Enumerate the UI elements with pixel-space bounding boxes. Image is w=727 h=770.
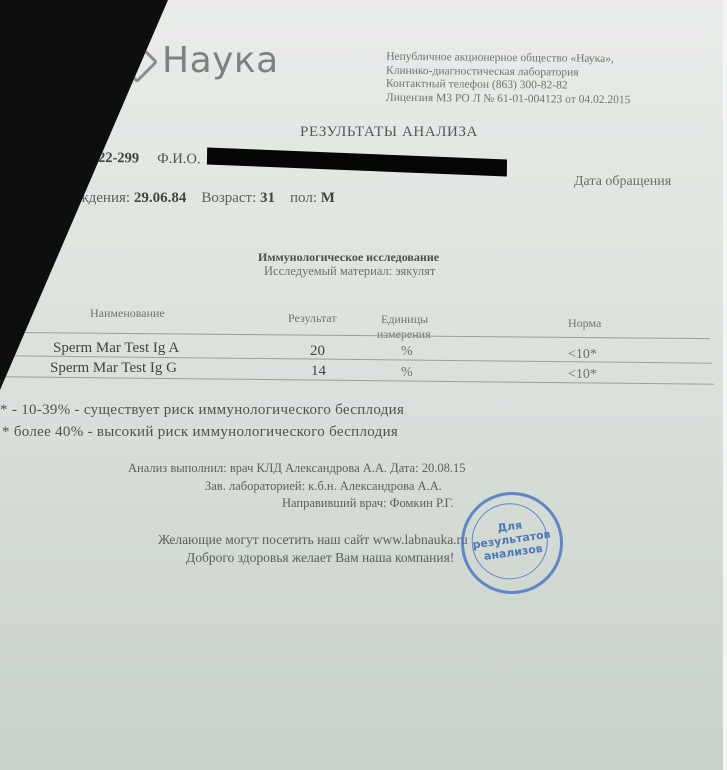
cell-name: Sperm Mar Test Ig A — [53, 340, 179, 357]
cell-norm: <10* — [568, 367, 597, 383]
referring-doctor: Направивший врач: Фомкин Р.Г. — [282, 496, 453, 511]
logo-text: Наука — [162, 40, 279, 81]
header-result: Результат — [288, 311, 337, 326]
visit-date: 20.08.15 — [34, 167, 83, 183]
header-name: Наименование — [90, 306, 165, 321]
performed-by: Анализ выполнил: врач КЛД Александрова А… — [128, 461, 465, 476]
organization-info: Непубличное акционерное общество «Наука»… — [386, 51, 631, 108]
header-units-1: Единицы — [381, 312, 428, 327]
age-value: 31 — [260, 190, 275, 206]
lab-head: Зав. лабораторией: к.б.н. Александрова А… — [205, 479, 442, 494]
fio-label: Ф.И.О. — [157, 151, 201, 168]
sex-label: пол: — [290, 190, 317, 206]
footnote-high-risk: * более 40% - высокий риск иммунологичес… — [2, 424, 398, 441]
cell-name: Sperm Mar Test Ig G — [50, 360, 177, 377]
birth-label: Дата рождения: — [30, 190, 130, 206]
company-logo: Наука — [118, 40, 279, 81]
website-note: Желающие могут посетить наш сайт www.lab… — [158, 532, 468, 548]
age-label: Возраст: — [201, 190, 256, 206]
table-divider — [0, 376, 714, 384]
visit-date-label: Дата обращения — [574, 174, 671, 190]
cell-units: % — [401, 365, 413, 381]
study-material: Исследуемый материал: эякулят — [264, 264, 435, 279]
org-line: Лицензия МЗ РО Л № 61-01-004123 от 04.02… — [386, 91, 631, 107]
birth-value: 29.06.84 — [134, 190, 187, 206]
lab-report-paper: Наука Непубличное акционерное общество «… — [0, 0, 727, 770]
id-value: 22-299 — [98, 150, 139, 167]
logo-diamond-icon — [118, 43, 154, 79]
sex-value: М — [321, 190, 335, 206]
table-divider — [0, 332, 710, 339]
cell-units: % — [401, 344, 413, 360]
document-title: РЕЗУЛЬТАТЫ АНАЛИЗА — [300, 124, 478, 141]
cell-result: 14 — [311, 363, 326, 380]
wellness-wish: Доброго здоровья желает Вам наша компани… — [186, 550, 454, 566]
study-section-title: Иммунологическое исследование — [258, 250, 439, 265]
lab-stamp: Для результатов анализов — [454, 485, 569, 600]
redacted-name — [207, 148, 507, 177]
patient-id-line: Идент. № 22-299 Ф.И.О. — [36, 149, 507, 173]
paper-edge — [723, 0, 727, 770]
header-norm: Норма — [568, 316, 601, 331]
cell-result: 20 — [310, 343, 325, 360]
footnote-moderate-risk: * - 10-39% - существует риск иммунологич… — [0, 402, 404, 419]
id-label: Идент. № — [36, 149, 95, 166]
patient-details: Дата рождения: 29.06.84 Возраст: 31 пол:… — [30, 190, 335, 207]
